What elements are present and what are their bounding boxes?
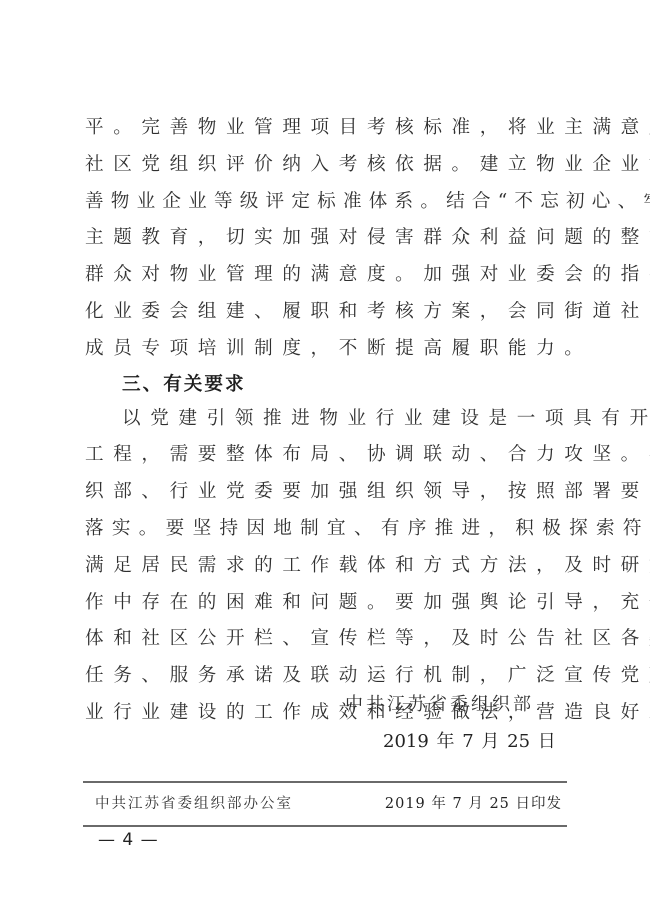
section-heading: 三、有关要求 xyxy=(85,368,567,401)
document-body: 平。完善物业管理项目考核标准，将业主满意度评价、街道 社区党组织评价纳入考核依据… xyxy=(85,110,567,732)
footer-issuer: 中共江苏省委组织部办公室 xyxy=(95,792,293,813)
body-line: 作中存在的困难和问题。要加强舆论引导，充分运用各类媒 xyxy=(85,585,567,622)
body-line: 工程，需要整体布局、协调联动、合力攻坚。各设区市委组 xyxy=(85,437,567,474)
body-line: 落实。要坚持因地制宜、有序推进，积极探索符合基层实际、 xyxy=(85,511,567,548)
signature-date: 2019 年 7 月 25 日 xyxy=(383,727,556,753)
footer-issue-date: 2019 年 7 月 25 日印发 xyxy=(385,792,562,813)
document-page: 平。完善物业管理项目考核标准，将业主满意度评价、街道 社区党组织评价纳入考核依据… xyxy=(0,0,650,919)
body-line: 社区党组织评价纳入考核依据。建立物业企业诚信档案，完 xyxy=(85,147,567,184)
body-line: 满足居民需求的工作载体和方式方法，及时研究解决推进工 xyxy=(85,548,567,585)
footer-rule-bottom xyxy=(83,825,567,827)
signature-organization: 中共江苏省委组织部 xyxy=(345,690,534,716)
page-number: — 4 — xyxy=(98,830,159,850)
body-line: 善物业企业等级评定标准体系。结合“不忘初心、牢记使命” xyxy=(85,184,567,221)
body-line: 主题教育，切实加强对侵害群众利益问题的整治，提升居民 xyxy=(85,220,567,257)
body-line: 群众对物业管理的满意度。加强对业委会的指导和管理，细 xyxy=(85,257,567,294)
body-line: 化业委会组建、履职和考核方案，会同街道社区建立业委会 xyxy=(85,294,567,331)
body-line: 成员专项培训制度，不断提高履职能力。 xyxy=(85,331,567,368)
body-line: 织部、行业党委要加强组织领导，按照部署要求，抓好推动 xyxy=(85,474,567,511)
body-line: 以党建引领推进物业行业建设是一项具有开创性的系统 xyxy=(85,401,567,438)
footer-rule-top xyxy=(83,781,567,783)
body-line: 平。完善物业管理项目考核标准，将业主满意度评价、街道 xyxy=(85,110,567,147)
body-line: 体和社区公开栏、宣传栏等，及时公告社区各类组织的职责 xyxy=(85,621,567,658)
